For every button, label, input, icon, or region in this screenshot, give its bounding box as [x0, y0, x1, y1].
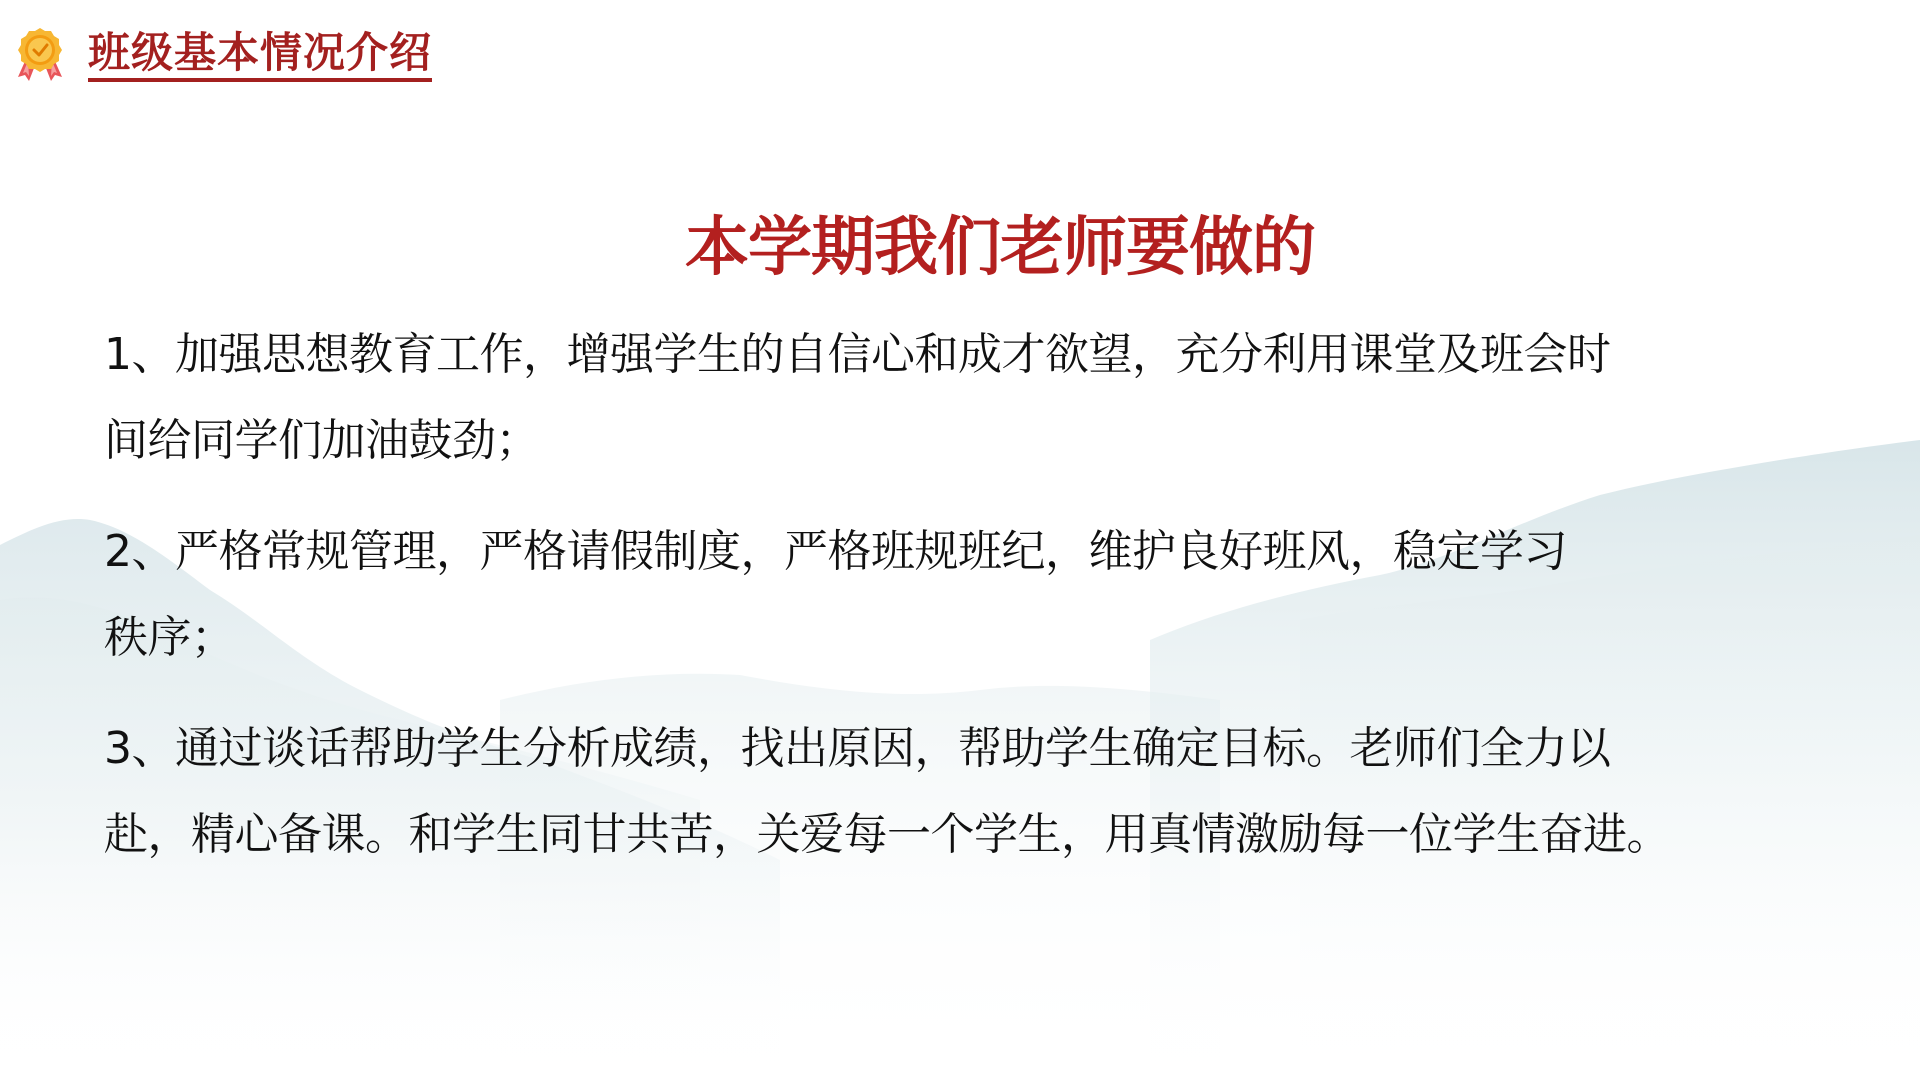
- page-title: 本学期我们老师要做的: [0, 208, 1920, 288]
- section-header: 班级基本情况介绍: [14, 20, 432, 90]
- award-badge-icon: [14, 25, 66, 85]
- content-body: 1、加强思想教育工作，增强学生的自信心和成才欲望，充分利用课堂及班会时 间给同学…: [104, 312, 1824, 903]
- paragraph-1: 1、加强思想教育工作，增强学生的自信心和成才欲望，充分利用课堂及班会时 间给同学…: [104, 312, 1824, 484]
- paragraph-2: 2、严格常规管理，严格请假制度，严格班规班纪，维护良好班风，稳定学习 秩序；: [104, 509, 1824, 681]
- paragraph-3: 3、通过谈话帮助学生分析成绩，找出原因，帮助学生确定目标。老师们全力以 赴，精心…: [104, 706, 1824, 878]
- slide: 班级基本情况介绍 本学期我们老师要做的 1、加强思想教育工作，增强学生的自信心和…: [0, 0, 1920, 1080]
- section-title: 班级基本情况介绍: [88, 28, 432, 82]
- paragraph-line: 间给同学们加油鼓劲；: [104, 398, 1824, 484]
- paragraph-line: 1、加强思想教育工作，增强学生的自信心和成才欲望，充分利用课堂及班会时: [104, 312, 1824, 398]
- paragraph-line: 秩序；: [104, 595, 1824, 681]
- paragraph-line: 3、通过谈话帮助学生分析成绩，找出原因，帮助学生确定目标。老师们全力以: [104, 706, 1824, 792]
- paragraph-line: 赴，精心备课。和学生同甘共苦，关爱每一个学生，用真情激励每一位学生奋进。: [104, 792, 1824, 878]
- paragraph-line: 2、严格常规管理，严格请假制度，严格班规班纪，维护良好班风，稳定学习: [104, 509, 1824, 595]
